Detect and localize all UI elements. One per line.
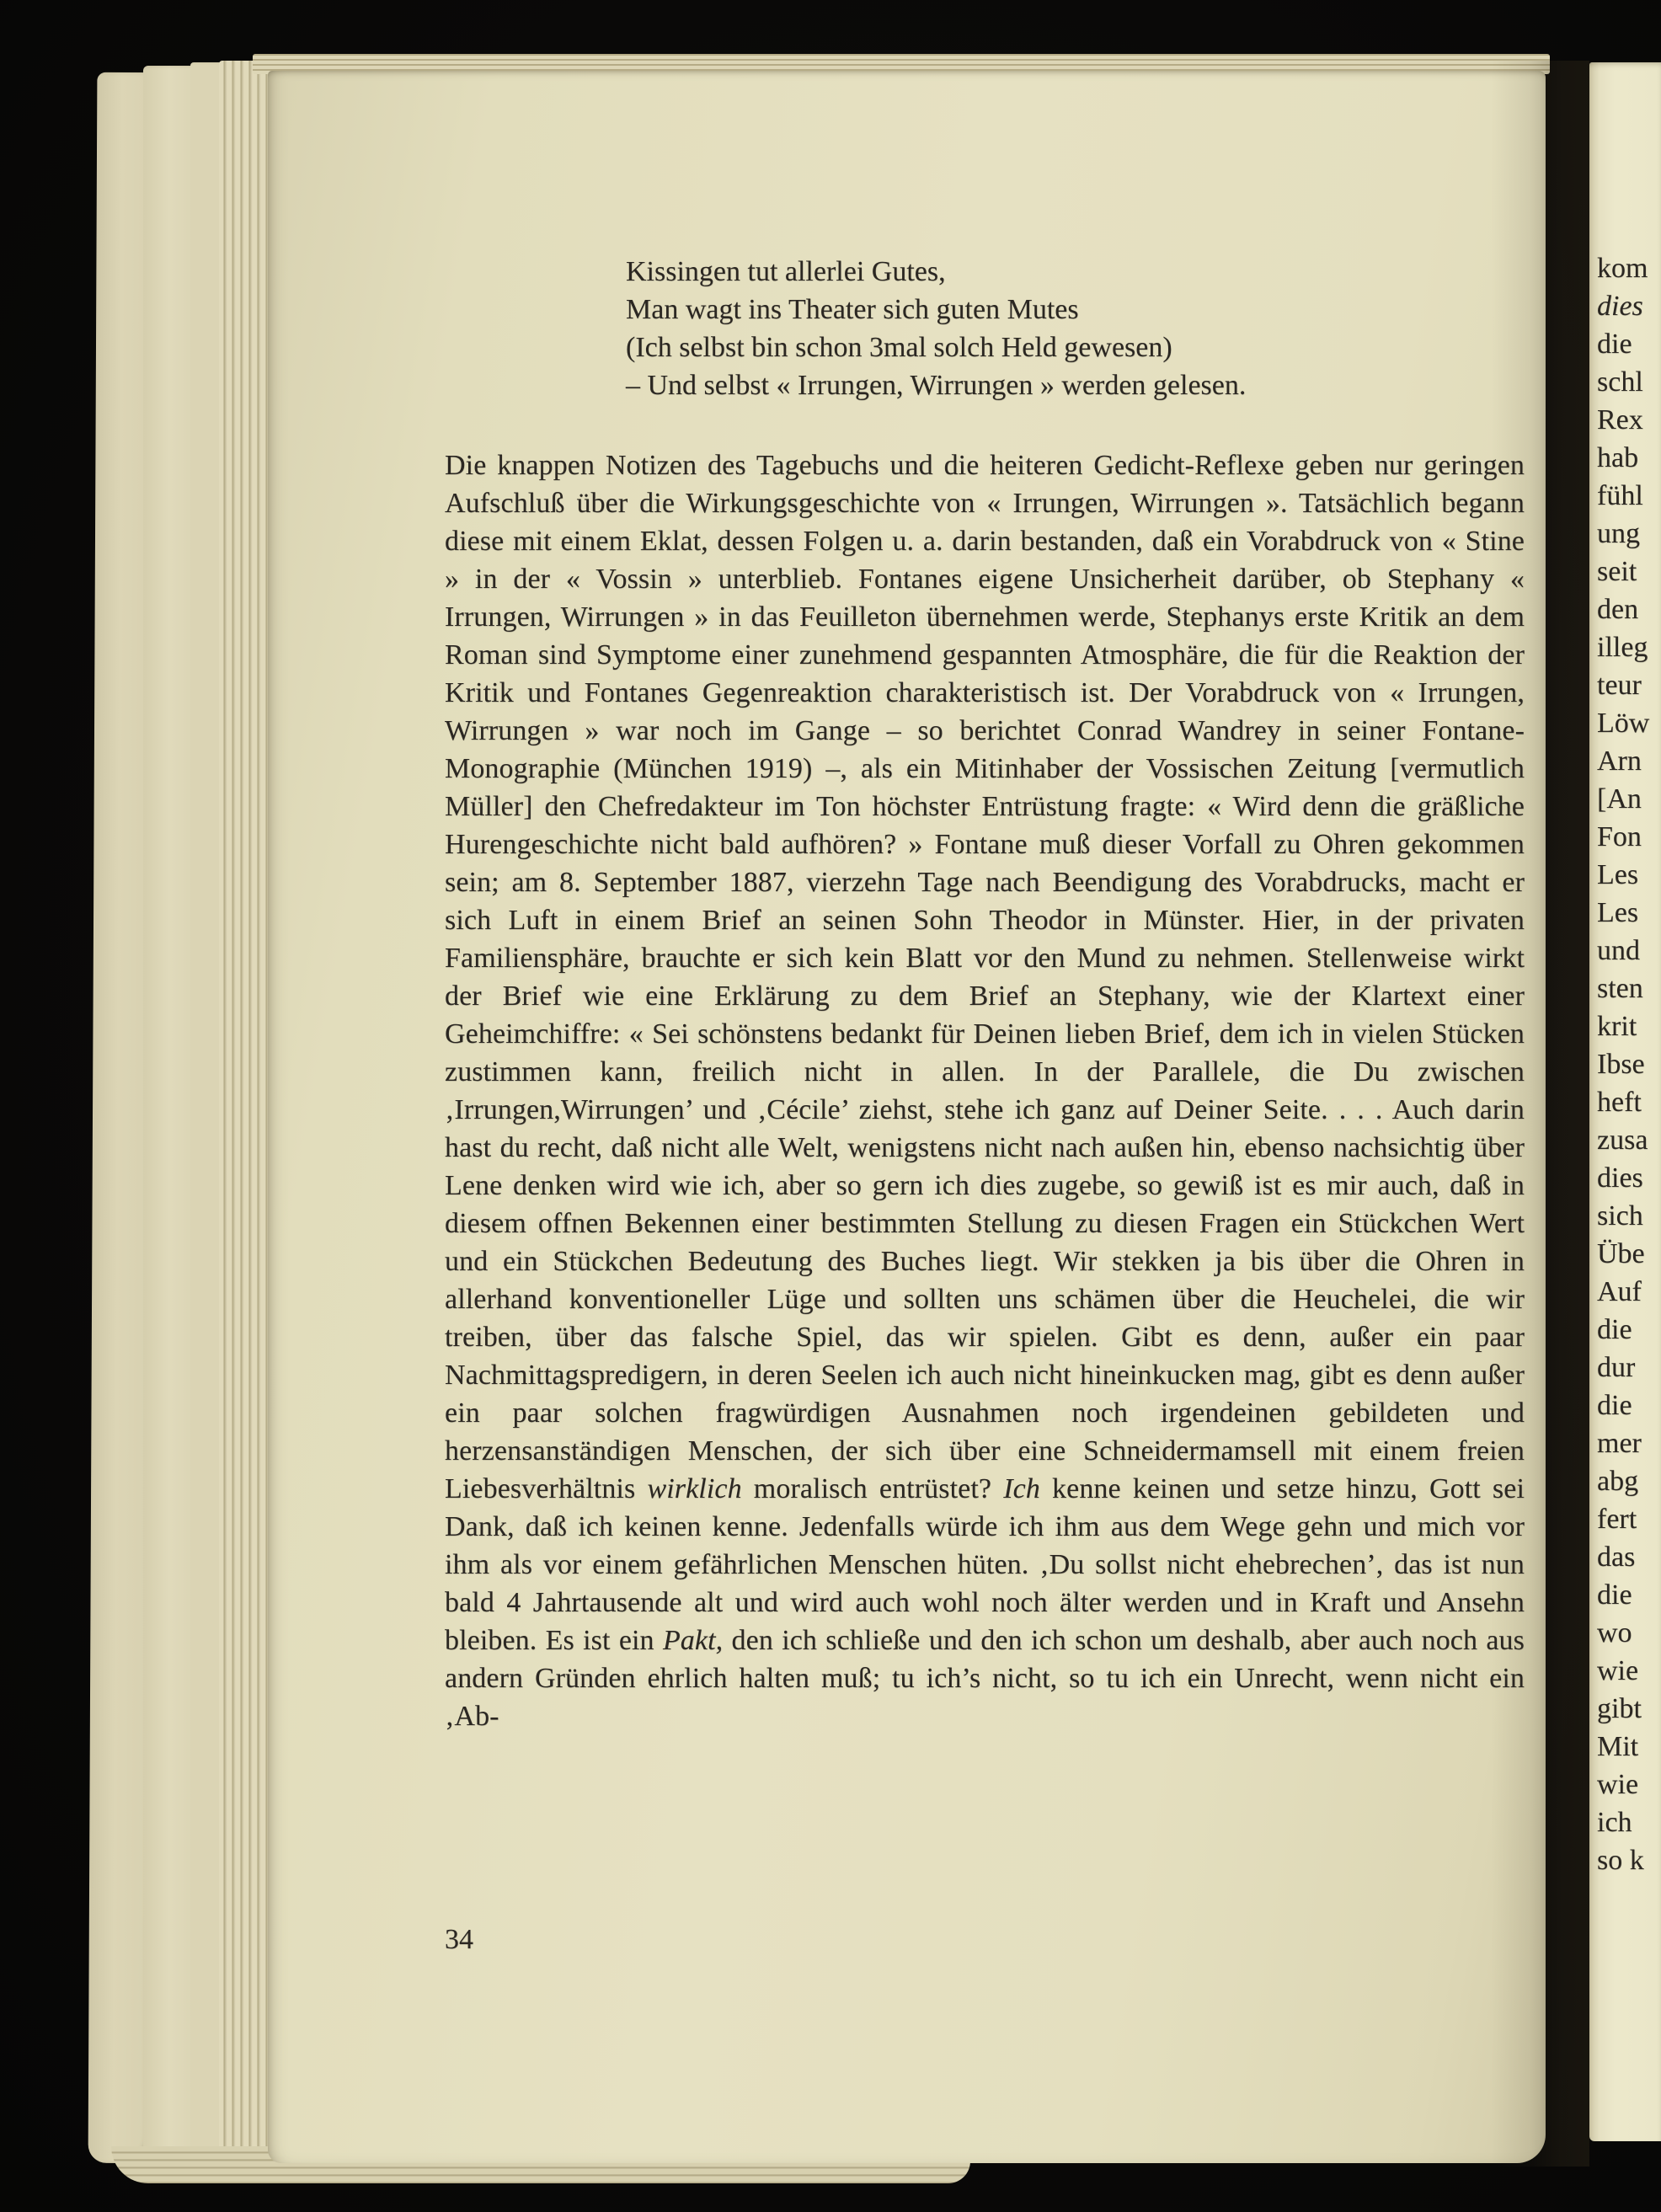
text-line-fragment: schl: [1597, 363, 1661, 401]
text-line-fragment: die: [1597, 325, 1661, 363]
body-paragraph: Die knappen Notizen des Tagebuchs und di…: [445, 446, 1525, 1735]
text-line-fragment: seit: [1597, 553, 1661, 590]
text-line-fragment: so k: [1597, 1841, 1661, 1879]
page-edge-lines: [219, 61, 275, 2168]
italic-text-segment: wirklich: [647, 1473, 741, 1504]
text-line-fragment: Arn: [1597, 742, 1661, 780]
text-line-fragment: Rex: [1597, 401, 1661, 439]
text-line-fragment: dies: [1597, 1159, 1661, 1197]
page-number: 34: [445, 1921, 473, 1958]
text-line-fragment: [An: [1597, 780, 1661, 818]
text-segment: moralisch entrüstet?: [742, 1473, 1004, 1504]
text-line-fragment: den: [1597, 590, 1661, 628]
left-book-page: Kissingen tut allerlei Gutes,Man wagt in…: [268, 71, 1546, 2163]
poem-line: – Und selbst « Irrungen, Wirrungen » wer…: [626, 366, 1451, 404]
text-line-fragment: heft: [1597, 1083, 1661, 1121]
text-line-fragment: die: [1597, 1311, 1661, 1349]
text-line-fragment: dies: [1597, 287, 1661, 325]
text-line-fragment: Fon: [1597, 818, 1661, 856]
text-line-fragment: die: [1597, 1576, 1661, 1614]
text-line-fragment: Les: [1597, 856, 1661, 894]
poem-line: (Ich selbst bin schon 3mal solch Held ge…: [626, 329, 1451, 366]
right-page-text-fragments: komdiesdieschlRexhabfühlungseitdenillegt…: [1597, 249, 1661, 1879]
text-line-fragment: krit: [1597, 1007, 1661, 1045]
italic-text-segment: Ich: [1003, 1473, 1040, 1504]
text-line-fragment: und: [1597, 932, 1661, 970]
poem-line: Kissingen tut allerlei Gutes,: [626, 253, 1451, 291]
right-page-sliver: komdiesdieschlRexhabfühlungseitdenillegt…: [1589, 62, 1661, 2141]
text-line-fragment: fert: [1597, 1500, 1661, 1538]
text-line-fragment: ich: [1597, 1803, 1661, 1841]
text-line-fragment: Mit: [1597, 1728, 1661, 1766]
text-line-fragment: Auf: [1597, 1273, 1661, 1311]
italic-text-segment: Pakt,: [663, 1625, 723, 1656]
text-segment: Die knappen Notizen des Tagebuchs und di…: [445, 450, 1525, 1504]
text-line-fragment: die: [1597, 1387, 1661, 1424]
text-line-fragment: zusa: [1597, 1121, 1661, 1159]
poem-line: Man wagt ins Theater sich guten Mutes: [626, 291, 1451, 329]
text-line-fragment: sten: [1597, 970, 1661, 1007]
text-line-fragment: Ibse: [1597, 1045, 1661, 1083]
text-line-fragment: illeg: [1597, 628, 1661, 666]
text-line-fragment: abg: [1597, 1462, 1661, 1500]
text-line-fragment: sich: [1597, 1197, 1661, 1235]
text-line-fragment: Les: [1597, 894, 1661, 932]
text-line-fragment: Löw: [1597, 704, 1661, 742]
text-line-fragment: gibt: [1597, 1690, 1661, 1728]
text-line-fragment: mer: [1597, 1424, 1661, 1462]
text-line-fragment: dur: [1597, 1349, 1661, 1387]
text-line-fragment: wo: [1597, 1614, 1661, 1652]
text-line-fragment: hab: [1597, 439, 1661, 477]
text-line-fragment: Übe: [1597, 1235, 1661, 1273]
text-line-fragment: wie: [1597, 1766, 1661, 1803]
scanned-book-photo: Kissingen tut allerlei Gutes,Man wagt in…: [0, 0, 1661, 2212]
text-line-fragment: kom: [1597, 249, 1661, 287]
poem-block: Kissingen tut allerlei Gutes,Man wagt in…: [626, 253, 1451, 404]
text-line-fragment: das: [1597, 1538, 1661, 1576]
text-line-fragment: teur: [1597, 666, 1661, 704]
text-line-fragment: ung: [1597, 515, 1661, 553]
text-line-fragment: fühl: [1597, 477, 1661, 515]
text-line-fragment: wie: [1597, 1652, 1661, 1690]
